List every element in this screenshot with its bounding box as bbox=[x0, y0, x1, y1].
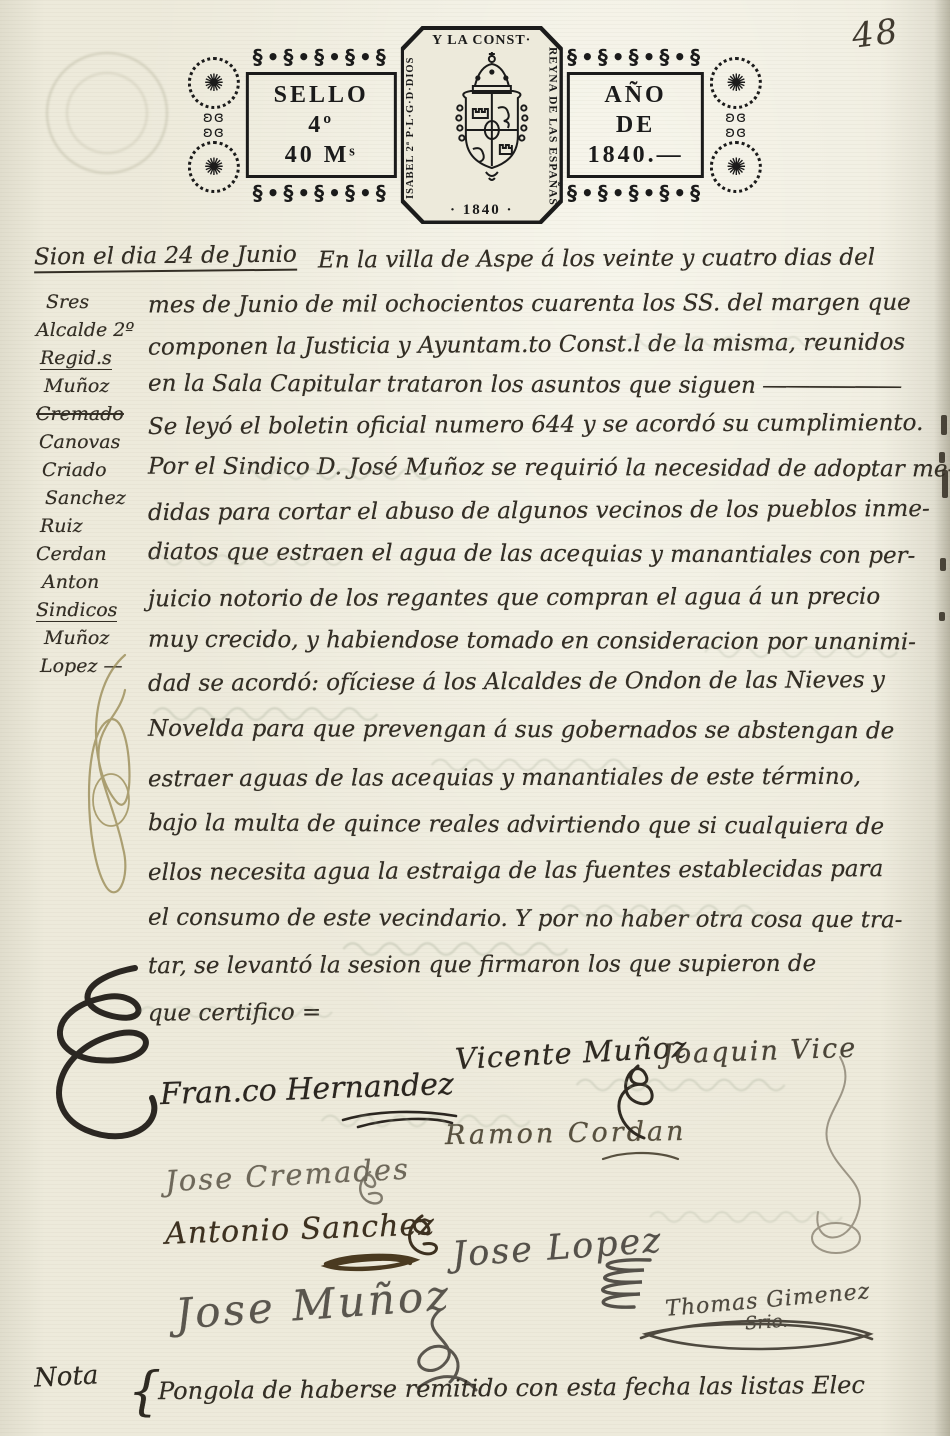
body-line: ellos necesita agua la estraiga de las f… bbox=[148, 856, 883, 886]
body-line: mes de Junio de mil ochocientos cuarenta… bbox=[148, 290, 911, 319]
rosette-ornament: ✺ bbox=[710, 141, 762, 193]
margin-item: Anton bbox=[42, 568, 134, 596]
binding-mark bbox=[939, 612, 945, 621]
body-line: dad se acordó: ofíciese á los Alcaldes d… bbox=[148, 667, 885, 697]
stamp-right-cluster: §•§•§•§•§ AÑO DE 1840.— §•§•§•§•§ ✺ ʚɞ ʚ… bbox=[567, 47, 762, 203]
binding-mark bbox=[940, 558, 946, 571]
seal-motto-right: REYNA DE LAS ESPAÑAS bbox=[547, 44, 559, 209]
scroll-ornament: ʚɞ bbox=[725, 126, 747, 139]
binding-mark bbox=[939, 452, 945, 463]
swirl-band: §•§•§•§•§ bbox=[253, 183, 390, 203]
margin-item: Sanchez bbox=[45, 484, 134, 512]
bleedthrough-mark bbox=[480, 898, 860, 924]
note-label: Nota bbox=[33, 1360, 99, 1393]
swirl-band: §•§•§•§•§ bbox=[567, 183, 704, 203]
margin-item: Cremado bbox=[36, 400, 134, 428]
margin-item: Regid.s bbox=[40, 344, 134, 372]
manuscript-page: { "page": { "folio": "48" }, "stamp": { … bbox=[0, 0, 950, 1436]
sello-box: SELLO 4º 40 Mˢ bbox=[246, 72, 397, 178]
folio-number: 48 bbox=[850, 11, 902, 56]
ano-value: 1840.— bbox=[586, 140, 685, 170]
cordan-underline-flourish bbox=[598, 1146, 683, 1166]
seal-year: · 1840 · bbox=[404, 202, 560, 219]
rosette-ornament: ✺ bbox=[710, 57, 762, 109]
body-line: en la Sala Capitular trataron los asunto… bbox=[148, 371, 901, 400]
lopez-coil-flourish bbox=[572, 1252, 660, 1316]
sello-value: 40 Mˢ bbox=[265, 140, 378, 170]
margin-item: Alcalde 2º bbox=[36, 316, 134, 344]
bleedthrough-mark bbox=[300, 752, 780, 778]
margin-item: Canovas bbox=[39, 428, 134, 456]
rosette-ornament: ✺ bbox=[188, 57, 240, 109]
bleedthrough-mark bbox=[60, 700, 480, 728]
stamp-left-cluster: ✺ ʚɞ ʚɞ ✺ §•§•§•§•§ SELLO 4º 40 Mˢ §•§•§… bbox=[188, 47, 397, 203]
sanchez-scribble-bar bbox=[318, 1246, 423, 1274]
bleedthrough-mark bbox=[160, 462, 520, 486]
coat-of-arms bbox=[440, 50, 544, 186]
seal-motto-left: ISABEL 2ª P·L·G·D·DIOS bbox=[405, 44, 416, 212]
body-line: bajo la multa de quince reales advirtien… bbox=[148, 810, 884, 840]
body-line: En la villa de Aspe á los veinte y cuatr… bbox=[318, 245, 875, 274]
margin-item: Muñoz bbox=[44, 624, 134, 652]
margin-item: Ruiz bbox=[40, 512, 134, 540]
ano-box: AÑO DE 1840.— bbox=[567, 72, 704, 178]
bleedthrough-mark bbox=[600, 330, 850, 354]
swirl-band: §•§•§•§•§ bbox=[567, 47, 704, 67]
cremades-rubric bbox=[345, 1168, 395, 1213]
body-line: didas para cortar el abuso de algunos ve… bbox=[148, 496, 930, 526]
sello-class: SELLO 4º bbox=[265, 80, 378, 140]
margin-item: Muñoz bbox=[44, 372, 134, 400]
session-date-heading: Sion el dia 24 de Junio bbox=[34, 242, 297, 271]
bleedthrough-mark bbox=[700, 640, 910, 664]
margin-item: Sindicos bbox=[36, 596, 134, 624]
embossed-seal-inner bbox=[66, 72, 148, 154]
bleedthrough-mark bbox=[520, 1072, 850, 1098]
margin-attendee-list: Sres Alcalde 2º Regid.s Muñoz Cremado Ca… bbox=[36, 288, 134, 680]
tax-stamp: ✺ ʚɞ ʚɞ ✺ §•§•§•§•§ SELLO 4º 40 Mˢ §•§•§… bbox=[188, 26, 762, 224]
bleedthrough-mark bbox=[200, 935, 720, 963]
seal-motto-top: Y LA CONST· bbox=[404, 33, 560, 49]
binding-mark bbox=[942, 470, 948, 498]
rosette-ornament: ✺ bbox=[188, 141, 240, 193]
swirl-band: §•§•§•§•§ bbox=[253, 47, 390, 67]
bleedthrough-mark bbox=[230, 1108, 630, 1134]
olive-paraph-flourish bbox=[75, 650, 145, 915]
note-brace: { bbox=[128, 1362, 161, 1422]
body-line: juicio notorio de los regantes que compr… bbox=[148, 584, 880, 613]
dark-paraph-flourish bbox=[40, 958, 175, 1158]
bleedthrough-mark bbox=[640, 1205, 860, 1229]
bleedthrough-mark bbox=[90, 1000, 390, 1024]
margin-item: Criado bbox=[42, 456, 134, 484]
royal-seal-octagon: Y LA CONST· REYNA DE LAS ESPAÑAS ISABEL … bbox=[401, 26, 564, 224]
page-binding-edge bbox=[934, 0, 950, 1436]
note-text: Pongola de haberse remitido con esta fec… bbox=[158, 1371, 865, 1405]
bleedthrough-mark bbox=[120, 548, 380, 572]
gimenez-bowtie-flourish bbox=[636, 1308, 878, 1356]
ano-label: AÑO DE bbox=[586, 80, 685, 140]
scroll-ornament: ʚɞ bbox=[203, 126, 225, 139]
body-line: Se leyó el boletin oficial numero 644 y … bbox=[148, 410, 923, 440]
margin-item: Sres bbox=[46, 288, 134, 316]
binding-mark bbox=[941, 415, 947, 435]
